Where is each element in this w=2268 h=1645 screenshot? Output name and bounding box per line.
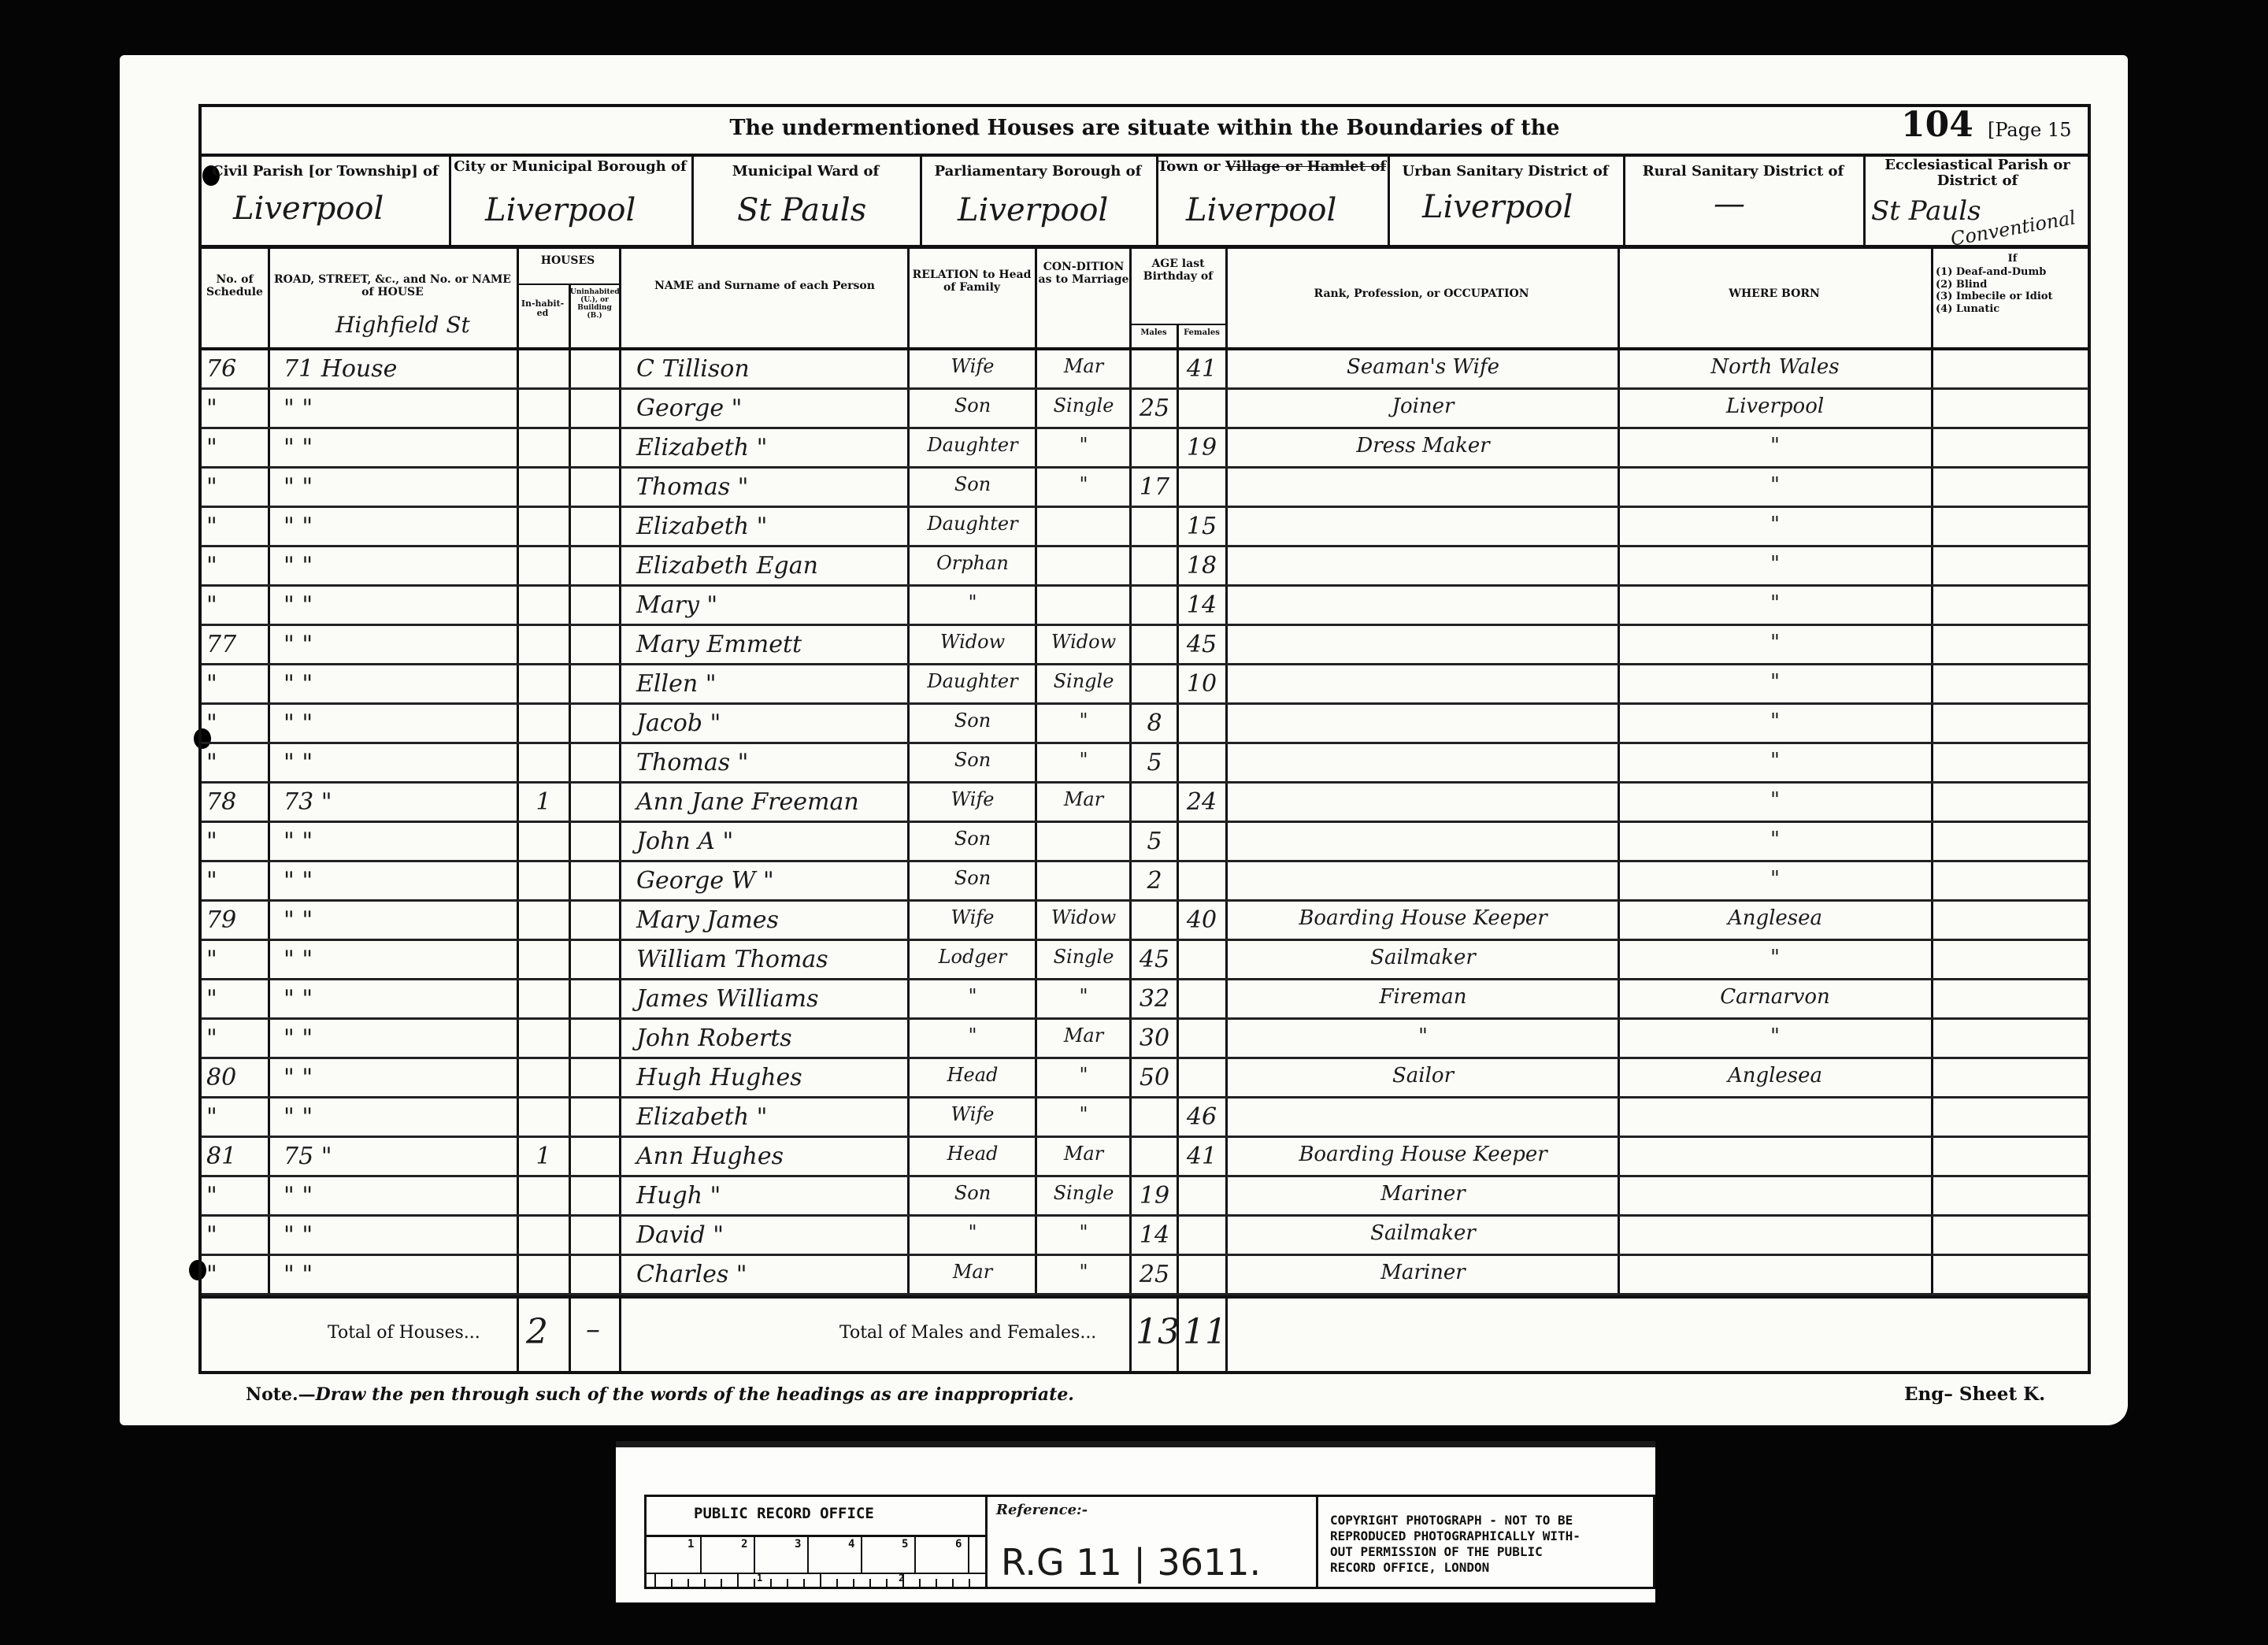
cell-condition: " — [1038, 1261, 1129, 1283]
row-divider — [202, 584, 2088, 587]
cell-male: 8 — [1132, 709, 1177, 737]
cell-schedule: " — [206, 1261, 268, 1288]
name-header: NAME and Surname of each Person — [643, 280, 887, 293]
cell-name: James Williams — [627, 985, 912, 1013]
cell-male: 25 — [1132, 395, 1177, 422]
cell-condition: " — [1038, 1221, 1129, 1243]
infirmity-header: (1) Deaf-and-Dumb (2) Blind (3) Imbecile… — [1936, 266, 2053, 315]
cell-condition: Single — [1038, 395, 1129, 417]
total-houses-label: Total of Houses... — [328, 1324, 480, 1343]
row-divider — [202, 427, 2088, 429]
cell-female: 41 — [1180, 355, 1224, 383]
cell-road: " " — [274, 1221, 520, 1249]
cell-schedule: " — [206, 473, 268, 501]
cell-condition: " — [1038, 473, 1129, 495]
cell-name: Thomas " — [627, 473, 912, 501]
sheet-label: Eng– Sheet K. — [1904, 1384, 2045, 1405]
page-title: The undermentioned Houses are situate wi… — [202, 117, 2088, 140]
cell-name: John Roberts — [627, 1024, 912, 1052]
cell-road: " " — [274, 670, 520, 698]
cell-name: Hugh Hughes — [627, 1064, 912, 1091]
cell-road: " " — [274, 867, 520, 895]
ecclesiastical-parish-value: St Pauls — [1871, 195, 1981, 227]
cell-occupation: Joiner — [1230, 395, 1616, 418]
road-value: Highfield St — [335, 312, 470, 338]
cell-born: Anglesea — [1621, 906, 1929, 930]
cell-male: 19 — [1132, 1182, 1177, 1210]
cell-condition: Widow — [1038, 906, 1129, 928]
cell-female: 24 — [1180, 788, 1224, 816]
cell-schedule: 81 — [206, 1143, 268, 1170]
cell-road: " " — [274, 1182, 520, 1210]
cell-relation: Son — [912, 1182, 1033, 1204]
cell-condition: Mar — [1038, 1143, 1129, 1165]
reference-label: Reference:- — [996, 1502, 1088, 1518]
uninhabited-header: Uninhabited (U.), or Building (B.) — [570, 288, 619, 320]
cell-relation: Lodger — [912, 946, 1033, 968]
cell-road: " " — [274, 631, 520, 658]
cell-male: 32 — [1132, 985, 1177, 1013]
cell-relation: Orphan — [912, 552, 1033, 574]
cell-relation: Daughter — [912, 670, 1033, 692]
cell-occupation: Sailmaker — [1230, 1221, 1616, 1245]
row-divider — [202, 545, 2088, 547]
cell-name: William Thomas — [627, 946, 912, 973]
cell-condition: Widow — [1038, 631, 1129, 653]
row-divider — [202, 702, 2088, 705]
cell-schedule: " — [206, 985, 268, 1013]
cell-name: Mary " — [627, 591, 912, 619]
cell-condition: " — [1038, 749, 1129, 771]
public-record-office-slip: PUBLIC RECORD OFFICE 12345612 Reference:… — [616, 1441, 1655, 1602]
cell-condition: Single — [1038, 946, 1129, 968]
cell-relation: Son — [912, 473, 1033, 495]
cell-relation: Son — [912, 395, 1033, 417]
row-divider — [202, 1057, 2088, 1059]
cell-female: 19 — [1180, 434, 1224, 461]
cell-schedule: 77 — [206, 631, 268, 658]
cell-name: Mary James — [627, 906, 912, 934]
civil-parish-label: Civil Parish [or Township] of — [202, 164, 449, 180]
cell-road: " " — [274, 1103, 520, 1131]
cell-occupation: Fireman — [1230, 985, 1616, 1009]
cell-condition: " — [1038, 709, 1129, 732]
row-divider — [202, 1175, 2088, 1177]
cell-born: Liverpool — [1621, 395, 1929, 418]
cell-schedule: " — [206, 709, 268, 737]
row-divider — [202, 1136, 2088, 1138]
cell-name: George W " — [627, 867, 912, 895]
total-females: 11 — [1183, 1312, 1227, 1352]
row-divider — [202, 860, 2088, 862]
cell-relation: Son — [912, 749, 1033, 771]
cell-born: " — [1621, 591, 1929, 615]
cell-road: " " — [274, 591, 520, 619]
cell-road: " " — [274, 946, 520, 973]
males-header: Males — [1131, 328, 1177, 337]
cell-female: 45 — [1180, 631, 1224, 658]
cell-occupation: " — [1230, 1024, 1616, 1048]
ecclesiastical-parish-label: Ecclesiastical Parish or District of — [1863, 157, 2092, 189]
cell-male: 30 — [1132, 1024, 1177, 1052]
cell-condition: Single — [1038, 1182, 1129, 1204]
cell-born: " — [1621, 670, 1929, 694]
cell-occupation: Boarding House Keeper — [1230, 1143, 1616, 1166]
record-office-title: PUBLIC RECORD OFFICE — [694, 1505, 874, 1522]
cell-schedule: " — [206, 1024, 268, 1052]
cell-female: 14 — [1180, 591, 1224, 619]
parliamentary-borough-value: Liverpool — [958, 192, 1108, 228]
cell-born: " — [1621, 1024, 1929, 1048]
total-males: 13 — [1136, 1312, 1180, 1352]
cell-schedule: 76 — [206, 355, 268, 383]
cell-road: " " — [274, 473, 520, 501]
cell-relation: " — [912, 985, 1033, 1007]
cell-relation: Daughter — [912, 434, 1033, 456]
cell-male: 5 — [1132, 749, 1177, 776]
cell-relation: Mar — [912, 1261, 1033, 1283]
cell-born: " — [1621, 552, 1929, 576]
town-value: Liverpool — [1186, 192, 1336, 228]
row-divider — [202, 781, 2088, 784]
cell-schedule: " — [206, 1182, 268, 1210]
row-divider — [202, 1096, 2088, 1099]
rural-sanitary-label: Rural Sanitary District of — [1623, 164, 1863, 180]
cell-name: John A " — [627, 828, 912, 855]
cell-female: 18 — [1180, 552, 1224, 580]
reference-value: R.G 11 | 3611. — [1001, 1541, 1261, 1584]
cell-schedule: " — [206, 513, 268, 540]
folio-number: 104 — [1901, 106, 1973, 144]
cell-relation: Wife — [912, 355, 1033, 377]
cell-road: 73 " — [274, 788, 520, 816]
cell-relation: " — [912, 1221, 1033, 1243]
cell-inhabited: 1 — [520, 1143, 567, 1170]
cell-condition: Mar — [1038, 1024, 1129, 1047]
cell-relation: Wife — [912, 906, 1033, 928]
copyright-notice: COPYRIGHT PHOTOGRAPH - NOT TO BE REPRODU… — [1330, 1513, 1581, 1576]
cell-road: 71 House — [274, 355, 520, 383]
cell-relation: " — [912, 591, 1033, 613]
footer-note: Note.—Draw the pen through such of the w… — [246, 1384, 1074, 1405]
cell-relation: Son — [912, 709, 1033, 732]
parliamentary-borough-label: Parliamentary Borough of — [920, 164, 1156, 180]
row-divider — [202, 506, 2088, 508]
cell-male: 25 — [1132, 1261, 1177, 1288]
cell-male: 45 — [1132, 946, 1177, 973]
row-divider — [202, 387, 2088, 390]
cell-name: Elizabeth " — [627, 513, 912, 540]
page-number: [Page 15 — [1988, 120, 2071, 141]
cell-road: 75 " — [274, 1143, 520, 1170]
cell-name: Elizabeth " — [627, 1103, 912, 1131]
schedule-header: No. of Schedule — [202, 274, 268, 298]
cell-born: " — [1621, 946, 1929, 969]
cell-born: Anglesea — [1621, 1064, 1929, 1087]
urban-sanitary-value: Liverpool — [1422, 189, 1573, 225]
row-divider — [202, 624, 2088, 626]
condition-header: CON-DITION as to Marriage — [1038, 261, 1129, 286]
cell-occupation: Mariner — [1230, 1261, 1616, 1284]
cell-schedule: 79 — [206, 906, 268, 934]
cell-relation: Wife — [912, 1103, 1033, 1125]
cell-schedule: " — [206, 670, 268, 698]
urban-sanitary-label: Urban Sanitary District of — [1388, 164, 1623, 180]
cell-born: " — [1621, 631, 1929, 654]
cell-schedule: " — [206, 946, 268, 973]
cell-schedule: " — [206, 828, 268, 855]
cell-born: " — [1621, 828, 1929, 851]
cell-relation: Head — [912, 1064, 1033, 1086]
cell-male: 17 — [1132, 473, 1177, 501]
cell-born: Carnarvon — [1621, 985, 1929, 1009]
cell-road: " " — [274, 395, 520, 422]
cell-relation: Son — [912, 828, 1033, 850]
cell-condition: " — [1038, 1103, 1129, 1125]
cell-female: 15 — [1180, 513, 1224, 540]
cell-born: " — [1621, 513, 1929, 536]
row-divider — [202, 821, 2088, 823]
cell-condition: Mar — [1038, 788, 1129, 810]
cell-name: Ellen " — [627, 670, 912, 698]
infirmity-if: If — [1931, 254, 2094, 265]
occupation-header: Rank, Profession, or OCCUPATION — [1225, 288, 1618, 301]
road-header: ROAD, STREET, &c., and No. or NAME of HO… — [272, 274, 513, 298]
municipal-ward-label: Municipal Ward of — [691, 164, 920, 180]
total-houses-inhabited: 2 — [526, 1312, 548, 1352]
cell-name: Ann Hughes — [627, 1143, 912, 1170]
cell-occupation: Dress Maker — [1230, 434, 1616, 458]
cell-born: " — [1621, 473, 1929, 497]
cell-condition: " — [1038, 1064, 1129, 1086]
cell-schedule: " — [206, 552, 268, 580]
cell-schedule: " — [206, 867, 268, 895]
cell-born: " — [1621, 749, 1929, 772]
cell-male: 5 — [1132, 828, 1177, 855]
cell-road: " " — [274, 513, 520, 540]
houses-header: HOUSES — [517, 255, 619, 268]
cell-condition: " — [1038, 434, 1129, 456]
cell-schedule: " — [206, 395, 268, 422]
cell-schedule: " — [206, 1221, 268, 1249]
cell-road: " " — [274, 552, 520, 580]
cell-schedule: " — [206, 1103, 268, 1131]
cell-occupation: Sailmaker — [1230, 946, 1616, 969]
females-header: Females — [1178, 328, 1225, 337]
cell-condition: Mar — [1038, 355, 1129, 377]
cell-road: " " — [274, 1261, 520, 1288]
row-divider — [202, 466, 2088, 469]
cell-female: 46 — [1180, 1103, 1224, 1131]
cell-female: 10 — [1180, 670, 1224, 698]
row-divider — [202, 1017, 2088, 1020]
cell-name: Elizabeth " — [627, 434, 912, 461]
cell-occupation: Boarding House Keeper — [1230, 906, 1616, 930]
cell-schedule: 80 — [206, 1064, 268, 1091]
cell-road: " " — [274, 1024, 520, 1052]
relation-header: RELATION to Head of Family — [910, 269, 1033, 294]
cell-schedule: 78 — [206, 788, 268, 816]
cell-male: 50 — [1132, 1064, 1177, 1091]
cell-name: Mary Emmett — [627, 631, 912, 658]
municipal-borough-label: City or Municipal Borough of — [449, 159, 691, 175]
cell-road: " " — [274, 434, 520, 461]
cell-relation: Daughter — [912, 513, 1033, 535]
town-label: Town or Village or Hamlet of — [1156, 159, 1388, 175]
cell-name: Elizabeth Egan — [627, 552, 912, 580]
total-houses-uninhabited: – — [586, 1313, 600, 1346]
cell-name: Charles " — [627, 1261, 912, 1288]
cell-schedule: " — [206, 591, 268, 619]
cell-born: " — [1621, 788, 1929, 812]
cell-born: " — [1621, 867, 1929, 891]
cell-name: George " — [627, 395, 912, 422]
row-divider — [202, 978, 2088, 980]
where-born-header: WHERE BORN — [1618, 288, 1931, 301]
cell-born: " — [1621, 709, 1929, 733]
cell-relation: " — [912, 1024, 1033, 1047]
cell-born: North Wales — [1621, 355, 1929, 379]
census-table: The undermentioned Houses are situate wi… — [198, 104, 2091, 1374]
cell-relation: Widow — [912, 631, 1033, 653]
cell-male: 14 — [1132, 1221, 1177, 1249]
municipal-ward-value: St Pauls — [737, 192, 866, 228]
row-divider — [202, 1214, 2088, 1217]
civil-parish-value: Liverpool — [233, 191, 384, 227]
cell-occupation: Mariner — [1230, 1182, 1616, 1206]
cell-female: 41 — [1180, 1143, 1224, 1170]
row-divider — [202, 1254, 2088, 1256]
inhabited-header: In-habit-ed — [518, 299, 567, 319]
rural-sanitary-value: — — [1714, 186, 1745, 222]
cell-road: " " — [274, 828, 520, 855]
cell-inhabited: 1 — [520, 788, 567, 816]
row-divider — [202, 939, 2088, 941]
cell-relation: Wife — [912, 788, 1033, 810]
row-divider — [202, 1293, 2088, 1295]
row-divider — [202, 742, 2088, 744]
cell-name: C Tillison — [627, 355, 912, 383]
cell-name: David " — [627, 1221, 912, 1249]
cell-road: " " — [274, 749, 520, 776]
age-header: AGE last Birthday of — [1131, 258, 1225, 283]
cell-schedule: " — [206, 434, 268, 461]
cell-occupation: Seaman's Wife — [1230, 355, 1616, 379]
cell-born: " — [1621, 434, 1929, 458]
cell-condition: Single — [1038, 670, 1129, 692]
cell-female: 40 — [1180, 906, 1224, 934]
cell-road: " " — [274, 985, 520, 1013]
row-divider — [202, 663, 2088, 665]
cell-relation: Son — [912, 867, 1033, 889]
cell-occupation: Sailor — [1230, 1064, 1616, 1087]
cell-road: " " — [274, 1064, 520, 1091]
row-divider — [202, 899, 2088, 902]
cell-road: " " — [274, 709, 520, 737]
cell-male: 2 — [1132, 867, 1177, 895]
cell-condition: " — [1038, 985, 1129, 1007]
cell-schedule: " — [206, 749, 268, 776]
cell-name: Hugh " — [627, 1182, 912, 1210]
cell-name: Thomas " — [627, 749, 912, 776]
total-persons-label: Total of Males and Females... — [839, 1324, 1096, 1343]
cell-relation: Head — [912, 1143, 1033, 1165]
cell-name: Ann Jane Freeman — [627, 788, 912, 816]
municipal-borough-value: Liverpool — [485, 192, 636, 228]
cell-name: Jacob " — [627, 709, 912, 737]
cell-road: " " — [274, 906, 520, 934]
